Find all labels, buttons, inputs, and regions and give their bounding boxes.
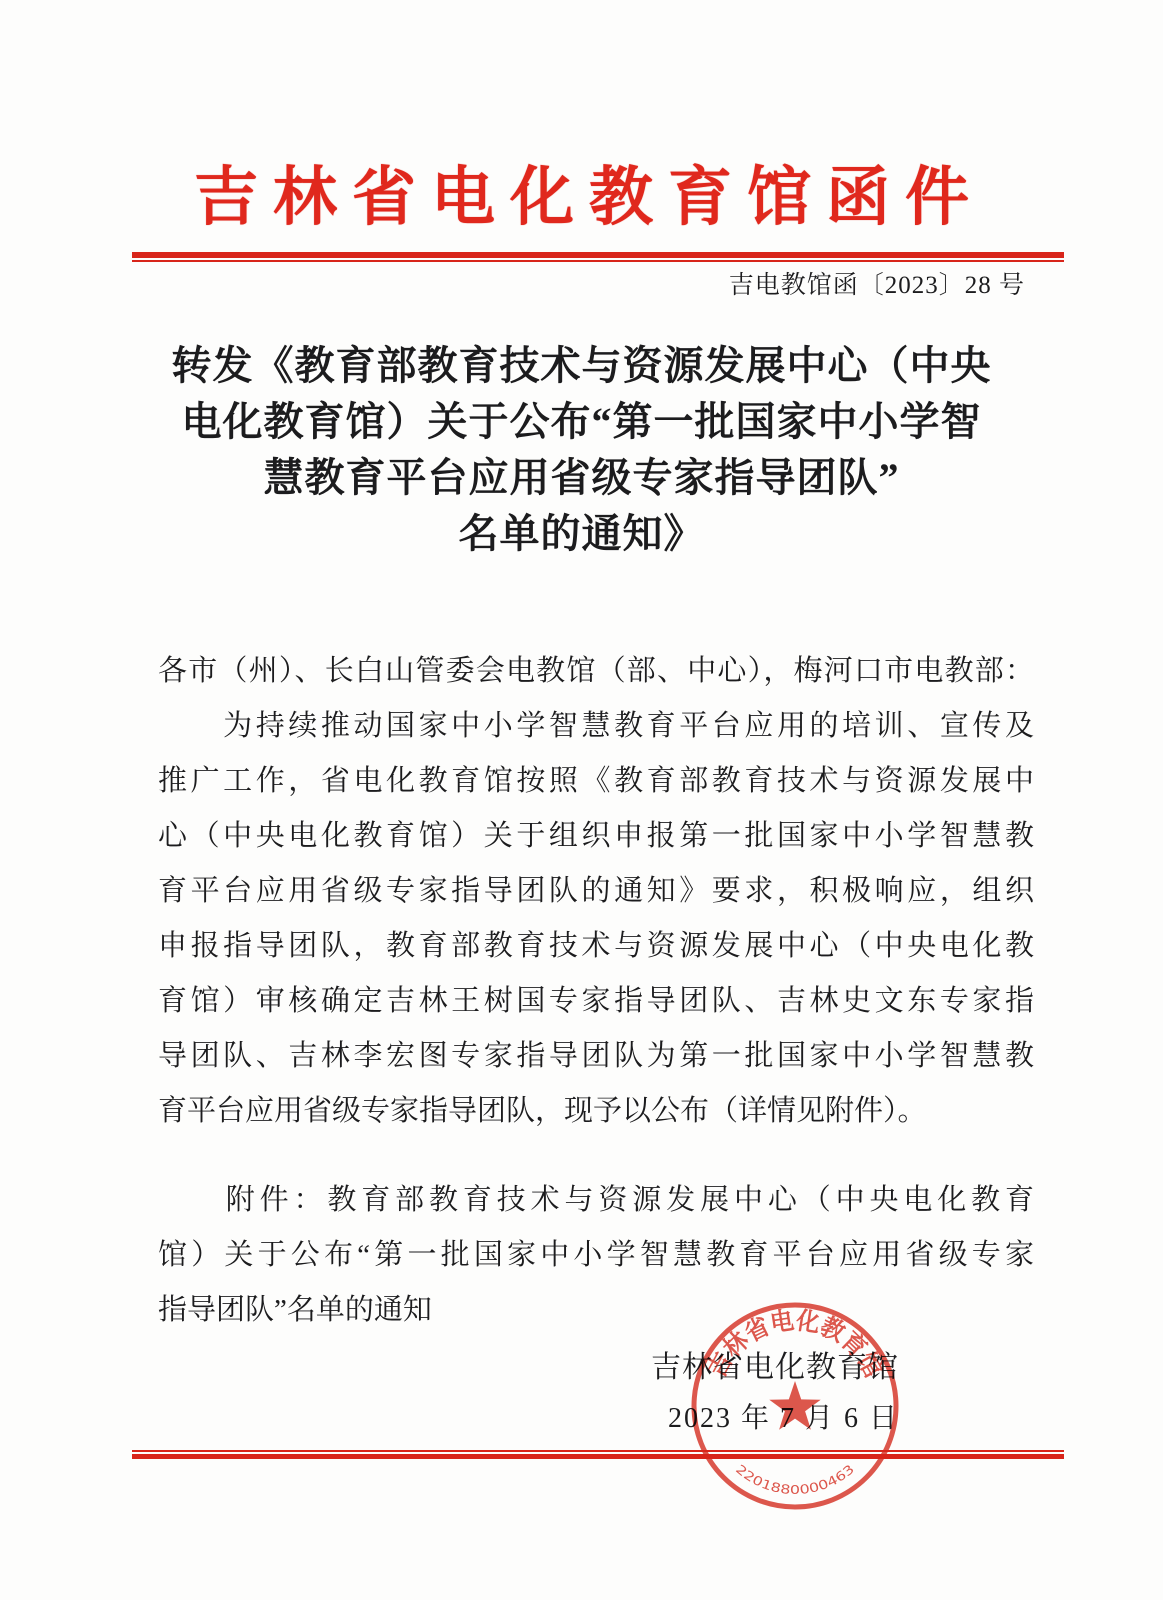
body-paragraph: 为持续推动国家中小学智慧教育平台应用的培训、宣传及 推广工作，省电化教育馆按照《…	[158, 699, 1034, 1139]
title-line: 慧教育平台应用省级专家指导团队”	[0, 450, 1163, 506]
title-line: 转发《教育部教育技术与资源发展中心（中央	[0, 338, 1163, 394]
header-divider-thick-line	[132, 252, 1064, 258]
letter-body: 各市（州）、长白山管委会电教馆（部、中心），梅河口市电教部： 为持续推动国家中小…	[158, 644, 1034, 1338]
document-number: 吉电教馆函〔2023〕28 号	[729, 265, 1025, 301]
signature-organization: 吉林省电化教育馆	[651, 1342, 899, 1386]
attachment-note: 附件：教育部教育技术与资源发展中心（中央电化教育 馆）关于公布“第一批国家中小学…	[158, 1173, 1034, 1338]
title-line: 名单的通知》	[0, 506, 1163, 562]
body-line: 育平台应用省级专家指导团队的通知》要求，积极响应，组织	[158, 864, 1034, 919]
body-line: 心（中央电化教育馆）关于组织申报第一批国家中小学智慧教	[158, 809, 1034, 864]
document-title: 转发《教育部教育技术与资源发展中心（中央 电化教育馆）关于公布“第一批国家中小学…	[0, 338, 1163, 562]
attachment-line: 指导团队”名单的通知	[158, 1283, 1034, 1338]
body-line: 申报指导团队，教育部教育技术与资源发展中心（中央电化教	[158, 919, 1034, 974]
body-line: 育馆）审核确定吉林王树国专家指导团队、吉林史文东专家指	[158, 974, 1034, 1029]
attachment-line: 附件：教育部教育技术与资源发展中心（中央电化教育	[158, 1173, 1034, 1228]
signature-date: 2023 年 7 月 6 日	[668, 1396, 899, 1436]
body-line: 导团队、吉林李宏图专家指导团队为第一批国家中小学智慧教	[158, 1029, 1034, 1084]
footer-divider-thin-line	[132, 1450, 1064, 1452]
letter-page: 吉林省电化教育馆函件 吉电教馆函〔2023〕28 号 转发《教育部教育技术与资源…	[0, 0, 1163, 1600]
seal-code: 2201880000463	[733, 1461, 857, 1497]
title-line: 电化教育馆）关于公布“第一批国家中小学智	[0, 394, 1163, 450]
header-divider-thin-line	[132, 260, 1064, 262]
footer-divider-thick-line	[132, 1454, 1064, 1459]
letterhead-title: 吉林省电化教育馆函件	[0, 146, 1163, 238]
body-line: 推广工作，省电化教育馆按照《教育部教育技术与资源发展中	[158, 754, 1034, 809]
salutation: 各市（州）、长白山管委会电教馆（部、中心），梅河口市电教部：	[158, 644, 1034, 699]
svg-text:2201880000463: 2201880000463	[733, 1461, 857, 1497]
body-line: 育平台应用省级专家指导团队，现予以公布（详情见附件）。	[158, 1084, 1034, 1139]
attachment-line: 馆）关于公布“第一批国家中小学智慧教育平台应用省级专家	[158, 1228, 1034, 1283]
body-line: 为持续推动国家中小学智慧教育平台应用的培训、宣传及	[158, 699, 1034, 754]
